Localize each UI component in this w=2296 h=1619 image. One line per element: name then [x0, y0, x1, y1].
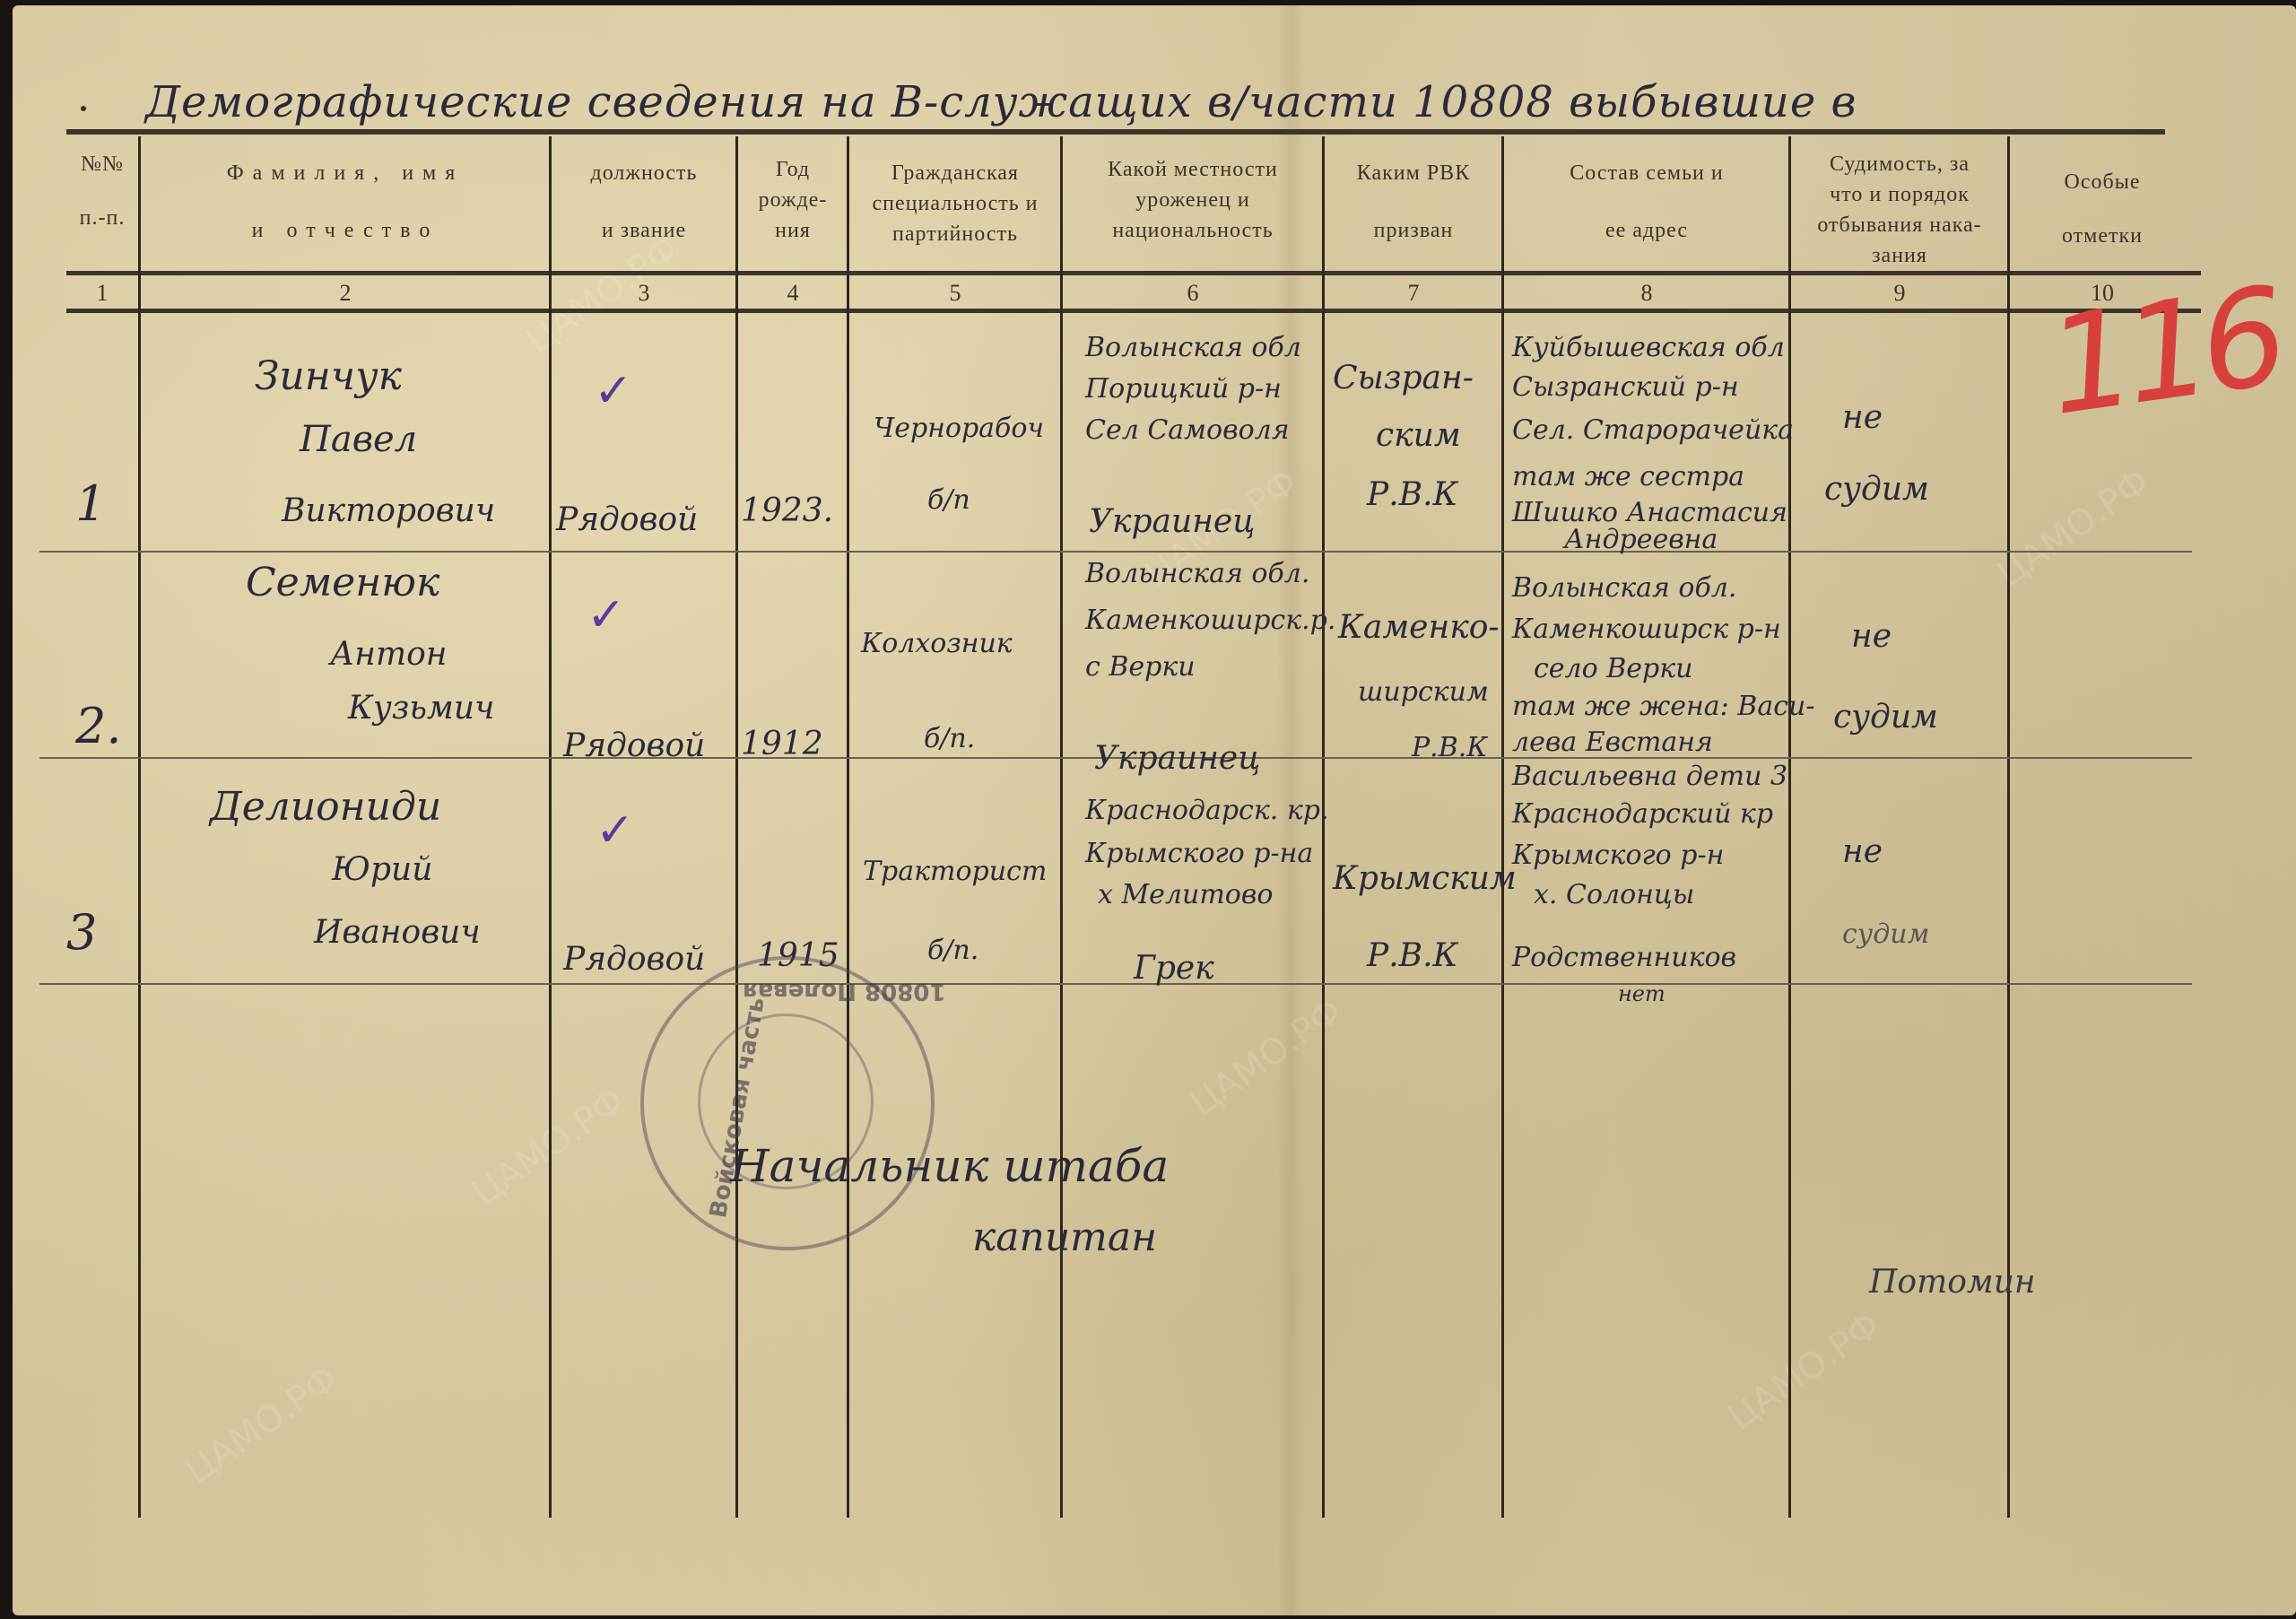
specialty: Колхозник	[861, 624, 1013, 664]
row-number: 3	[66, 911, 97, 954]
rank: Рядовой	[556, 499, 698, 542]
origin-line: Волынская обл	[1085, 328, 1301, 368]
column-header-1: №№ п.-п.	[66, 149, 138, 233]
column-header-3: должность и звание	[554, 158, 734, 246]
rvk-line: Крымским	[1333, 857, 1517, 901]
document-page: ЦАМО.РФ ЦАМО.РФ ЦАМО.РФ ЦАМО.РФ ЦАМО.РФ …	[13, 5, 2296, 1615]
family-line: Крымского р-н	[1512, 836, 1724, 875]
family-line: Куйбышевская обл	[1512, 328, 1785, 368]
title-bullet	[81, 106, 86, 111]
family-line: Волынская обл.	[1512, 569, 1736, 608]
birth-year: 1912	[741, 723, 823, 766]
column-number: 3	[554, 280, 734, 307]
column-number: 9	[1794, 280, 2005, 307]
check-mark-icon: ✓	[587, 588, 626, 642]
column-number: 8	[1507, 280, 1787, 307]
column-number: 5	[852, 280, 1058, 307]
check-mark-icon: ✓	[596, 804, 635, 857]
column-divider	[2007, 136, 2010, 1518]
title-rule	[66, 129, 2165, 135]
column-number: 4	[741, 280, 845, 307]
conviction: судим	[1842, 915, 1929, 954]
column-divider	[1501, 136, 1504, 1518]
column-divider	[549, 136, 552, 1518]
column-number: 2	[143, 280, 547, 307]
column-number: 7	[1327, 280, 1500, 307]
nationality: Украинец	[1089, 500, 1255, 544]
rvk-line: Сызран-	[1333, 357, 1474, 400]
page-mark: 116	[2039, 259, 2288, 446]
nationality: Грек	[1134, 947, 1214, 990]
conviction: не	[1842, 831, 1883, 874]
stamp-text-top: 10808 Полевая	[743, 978, 946, 1005]
signature-title: Начальник штаба	[730, 1145, 1169, 1188]
patronymic: Иванович	[314, 911, 481, 954]
rvk-line: Р.В.К	[1367, 474, 1457, 517]
column-header-7: Каким РВК призван	[1327, 158, 1500, 246]
first-name: Антон	[330, 633, 448, 676]
column-divider	[735, 136, 738, 1518]
column-number: 6	[1065, 280, 1320, 307]
patronymic: Викторович	[282, 490, 495, 533]
rank: Рядовой	[563, 938, 705, 981]
surname: Зинчук	[255, 355, 402, 398]
patronymic: Кузьмич	[348, 687, 494, 730]
header-rule	[66, 271, 2201, 275]
signature-rank: капитан	[972, 1216, 1157, 1259]
rvk-line: Р.В.К	[1367, 935, 1457, 978]
conviction: судим	[1833, 696, 1938, 739]
column-number: 1	[66, 280, 138, 307]
column-divider	[138, 136, 141, 1518]
row-number: 1	[75, 483, 106, 526]
specialty: Чернорабоч	[874, 409, 1044, 448]
column-header-2: Фамилия, имя и отчество	[143, 158, 547, 246]
row-separator	[39, 551, 2192, 553]
origin-line: Крымского р-на	[1085, 834, 1313, 874]
column-header-6: Какой местности уроженец и национальност…	[1065, 154, 1320, 246]
family-line: нет	[1618, 974, 1665, 1014]
rvk-line: ским	[1376, 414, 1461, 457]
column-header-9: Судимость, за что и порядок отбывания на…	[1794, 149, 2005, 271]
watermark: ЦАМО.РФ	[178, 1358, 346, 1493]
column-header-5: Гражданская специальность и партийность	[852, 158, 1058, 249]
rvk-line: ширским	[1358, 673, 1489, 712]
family-line: Краснодарский кр	[1512, 795, 1773, 834]
watermark: ЦАМО.РФ	[1990, 461, 2158, 596]
column-divider	[1788, 136, 1791, 1518]
document-title: Демографические сведения на В-служащих в…	[145, 77, 1857, 127]
family-line: Каменкоширск р-н	[1512, 610, 1781, 649]
family-line: там же сестра	[1512, 457, 1744, 497]
family-line: Васильевна дети 3	[1512, 757, 1787, 796]
family-line: Андреевна	[1564, 520, 1718, 560]
rvk-line: Р.В.К	[1412, 728, 1488, 768]
column-header-4: Год рожде- ния	[741, 154, 845, 246]
note: Потомин	[1869, 1261, 2036, 1304]
colnum-rule	[66, 309, 2201, 313]
check-mark-icon: ✓	[594, 364, 633, 418]
conviction: не	[1842, 396, 1883, 440]
column-header-8: Состав семьи и ее адрес	[1507, 158, 1787, 246]
first-name: Павел	[300, 418, 417, 461]
family-line: Сел. Старорачейка	[1512, 411, 1794, 450]
family-line: х. Солонцы	[1534, 875, 1694, 915]
family-line: там же жена: Васи-	[1512, 687, 1814, 727]
first-name: Юрий	[332, 849, 432, 892]
origin-line: Порицкий р-н	[1085, 370, 1282, 409]
origin-line: Сел Самоволя	[1085, 411, 1290, 450]
nationality: Украинец	[1094, 737, 1260, 780]
family-line: Родственников	[1512, 938, 1736, 978]
official-stamp: 10808 Полевая Войсковая часть	[640, 956, 935, 1250]
rvk-line: Каменко-	[1338, 606, 1500, 649]
conviction: судим	[1824, 468, 1929, 511]
column-divider	[1060, 136, 1063, 1518]
origin-line: х Мелитово	[1098, 875, 1273, 915]
party: б/п.	[927, 931, 978, 971]
origin-line: с Верки	[1085, 648, 1196, 687]
origin-line: Краснодарск. кр.	[1085, 791, 1328, 831]
party: б/п	[927, 481, 970, 520]
row-separator	[39, 983, 2192, 985]
rank: Рядовой	[563, 725, 705, 768]
column-header-10: Особые отметки	[2013, 167, 2192, 251]
watermark: ЦАМО.РФ	[1183, 990, 1351, 1125]
birth-year: 1923.	[741, 490, 833, 533]
specialty: Тракторист	[863, 852, 1047, 892]
surname: Делиониди	[210, 786, 441, 829]
watermark: ЦАМО.РФ	[1721, 1304, 1889, 1439]
row-number: 2.	[75, 705, 122, 748]
conviction: не	[1851, 615, 1892, 658]
family-line: Сызранский р-н	[1512, 368, 1739, 407]
family-line: село Верки	[1534, 649, 1693, 689]
party: б/п.	[924, 719, 975, 759]
surname: Семенюк	[246, 561, 439, 605]
origin-line: Каменкоширск.р.	[1085, 601, 1335, 640]
origin-line: Волынская обл.	[1085, 554, 1309, 594]
column-divider	[847, 136, 849, 1518]
